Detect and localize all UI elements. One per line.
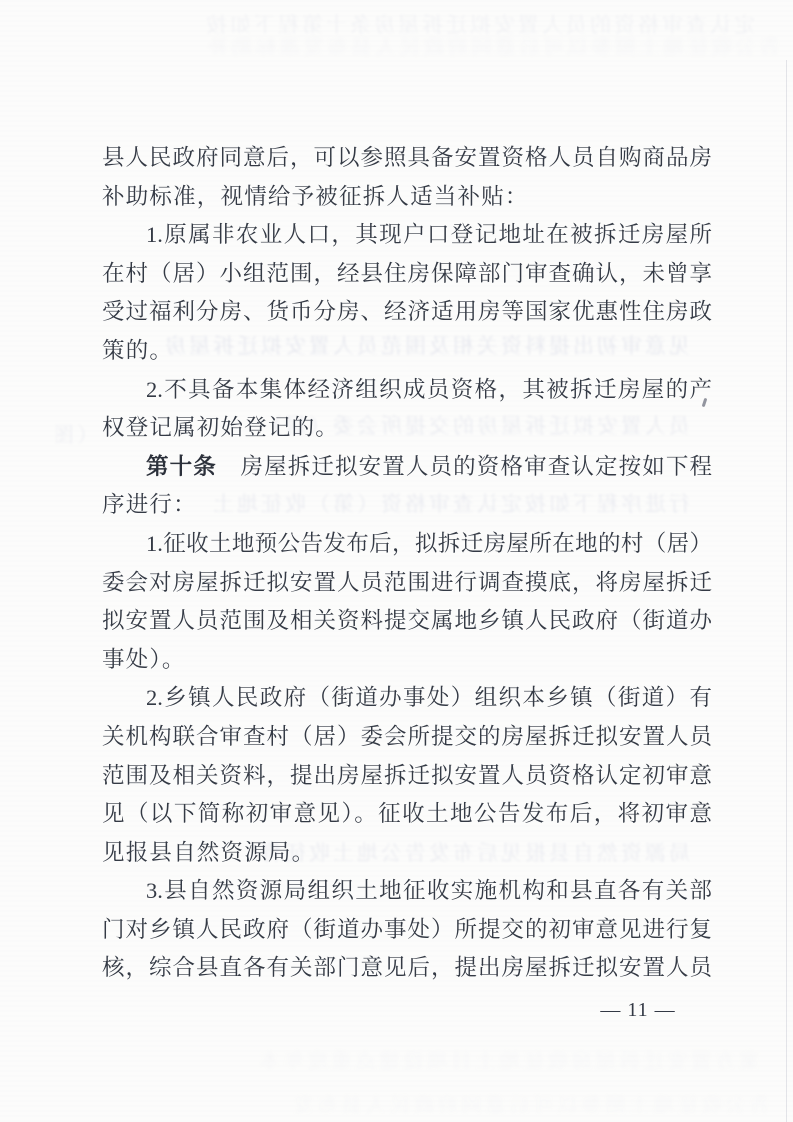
document-page: 定认查审格资的员人置安拟迁拆屋房条十第程下如按 告公收征地土照参以可后意同府政民… (0, 0, 793, 1122)
text-line: 1.征收土地预公告发布后，拟拆迁房屋所在地的村（居） (102, 525, 712, 564)
text-line: 见报县自然资源局。 (102, 834, 712, 873)
bleedthrough-text: 案方置安迁拆屋房收征地土目项设建点重度年本 (60, 1046, 760, 1076)
text-line: 见（以下简称初审意见）。征收土地公告发布后，将初审意 (102, 795, 712, 834)
text-line: 事处）。 (102, 641, 712, 680)
text-line: 核，综合县直各有关部门意见后，提出房屋拆迁拟安置人员 (102, 949, 712, 988)
bleedthrough-text: 告公收征地土照参以可后意同府政民人县布发准标助补 (70, 32, 780, 62)
text-line: 门对乡镇人民政府（街道办事处）所提交的初审意见进行复 (102, 911, 712, 950)
bleedthrough-text: 告公收征地土照参以可后意同府政民人县布发 (30, 1090, 770, 1120)
text-line: 委会对房屋拆迁拟安置人员范围进行调查摸底，将房屋拆迁 (102, 564, 712, 603)
text-line: 受过福利分房、货币分房、经济适用房等国家优惠性住房政 (102, 293, 712, 332)
text-line: 范围及相关资料，提出房屋拆迁拟安置人员资格认定初审意 (102, 757, 712, 796)
text-line: 权登记属初始登记的。 (102, 409, 712, 448)
bleedthrough-text: （图 (56, 420, 98, 450)
document-body: 县人民政府同意后，可以参照具备安置资格人员自购商品房 补助标准，视情给予被征拆人… (102, 139, 712, 988)
text-line: 在村（居）小组范围，经县住房保障部门审查确认，未曾享 (102, 255, 712, 294)
page-number: — 11 — (598, 998, 678, 1022)
scanner-edge-line (786, 60, 787, 1122)
text-line: 拟安置人员范围及相关资料提交属地乡镇人民政府（街道办 (102, 602, 712, 641)
text-line: 3.县自然资源局组织土地征收实施机构和县直各有关部 (102, 872, 712, 911)
text-line: 2.不具备本集体经济组织成员资格，其被拆迁房屋的产 (102, 371, 712, 410)
text-line: 2.乡镇人民政府（街道办事处）组织本乡镇（街道）有 (102, 679, 712, 718)
text-line: 序进行： (102, 486, 712, 525)
text-line: 第十条 房屋拆迁拟安置人员的资格审查认定按如下程 (102, 448, 712, 487)
text-line: 补助标准，视情给予被征拆人适当补贴： (102, 178, 712, 217)
text-line: 县人民政府同意后，可以参照具备安置资格人员自购商品房 (102, 139, 712, 178)
text-line: 1.原属非农业人口，其现户口登记地址在被拆迁房屋所 (102, 216, 712, 255)
article-number-bold: 第十条 (146, 454, 217, 479)
bleedthrough-text: 定认查审格资的员人置安拟迁拆屋房条十第程下如按 (95, 10, 755, 40)
text-line: 关机构联合审查村（居）委会所提交的房屋拆迁拟安置人员 (102, 718, 712, 757)
text-line: 策的。 (102, 332, 712, 371)
